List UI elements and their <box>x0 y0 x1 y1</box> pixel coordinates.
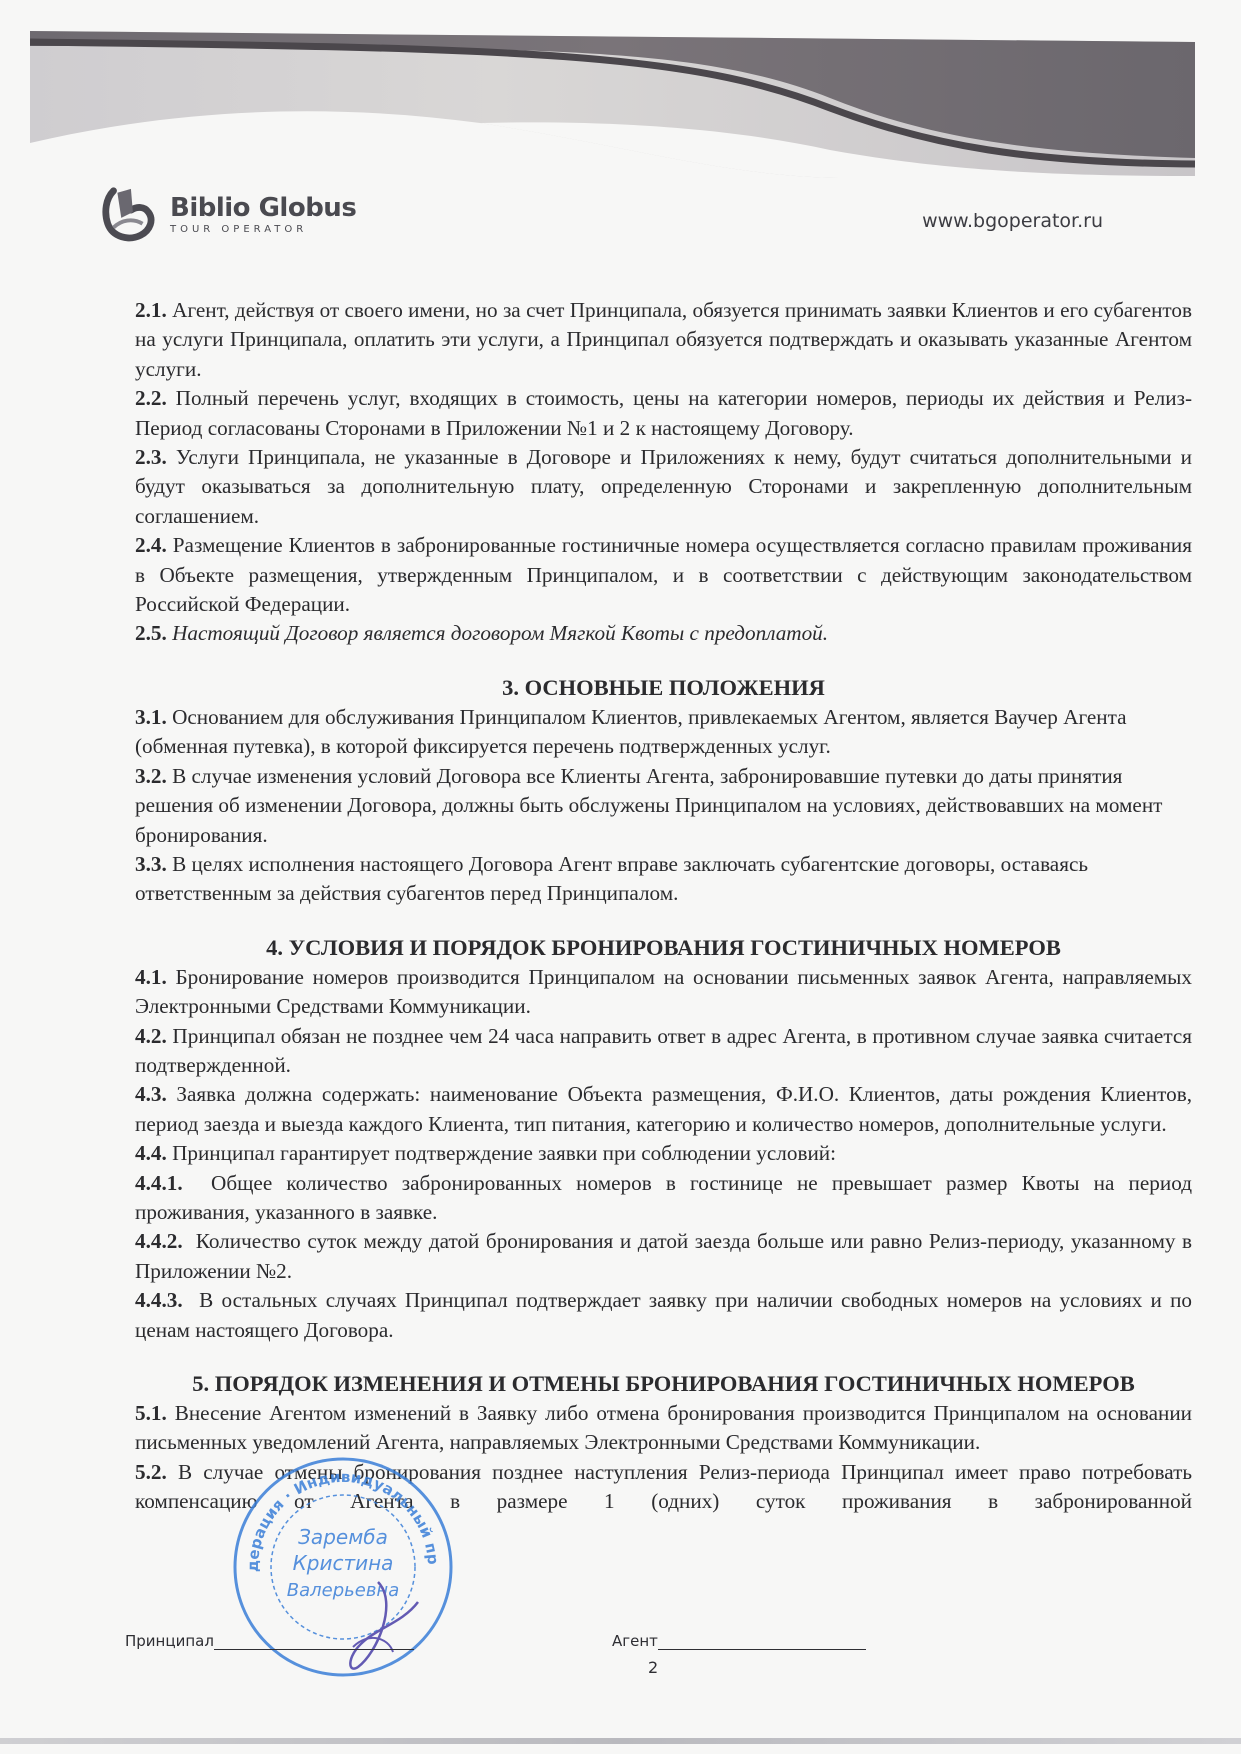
biblio-globus-logo-icon <box>100 185 158 243</box>
page-number: 2 <box>648 1658 658 1677</box>
clause-4-2: 4.2. Принципал обязан не позднее чем 24 … <box>135 1022 1192 1081</box>
clause-3-1: 3.1. Основанием для обслуживания Принцип… <box>135 703 1192 762</box>
section-4: 4. УСЛОВИЯ И ПОРЯДОК БРОНИРОВАНИЯ ГОСТИН… <box>135 933 1192 1345</box>
website-url: www.bgoperator.ru <box>922 210 1103 232</box>
clause-4-4-1: 4.4.1. Общее количество забронированных … <box>135 1169 1192 1228</box>
clause-2-5: 2.5. Настоящий Договор является договоро… <box>135 619 1192 648</box>
svg-text:Заремба: Заремба <box>298 1525 388 1549</box>
agent-signature: Агент <box>612 1632 866 1650</box>
clause-4-4-2: 4.4.2. Количество суток между датой брон… <box>135 1227 1192 1286</box>
clause-4-1: 4.1. Бронирование номеров производится П… <box>135 963 1192 1022</box>
principal-signature: Принципал <box>125 1632 414 1650</box>
section-5-title: 5. ПОРЯДОК ИЗМЕНЕНИЯ И ОТМЕНЫ БРОНИРОВАН… <box>135 1369 1192 1399</box>
clause-2-4: 2.4. Размещение Клиентов в забронированн… <box>135 531 1192 619</box>
clause-5-1: 5.1. Внесение Агентом изменений в Заявку… <box>135 1399 1192 1458</box>
section-3-title: 3. ОСНОВНЫЕ ПОЛОЖЕНИЯ <box>135 673 1192 703</box>
principal-signature-line <box>214 1649 414 1650</box>
clause-3-2: 3.2. В случае изменения условий Договора… <box>135 762 1192 850</box>
clause-2-3: 2.3. Услуги Принципала, не указанные в Д… <box>135 443 1192 531</box>
section-2: 2.1. Агент, действуя от своего имени, но… <box>135 296 1192 649</box>
clause-4-4-3: 4.4.3. В остальных случаях Принципал под… <box>135 1286 1192 1345</box>
section-3: 3. ОСНОВНЫЕ ПОЛОЖЕНИЯ 3.1. Основанием дл… <box>135 673 1192 909</box>
clause-2-2: 2.2. Полный перечень услуг, входящих в с… <box>135 384 1192 443</box>
clause-3-3: 3.3. В целях исполнения настоящего Догов… <box>135 850 1192 909</box>
header-wave-banner <box>30 28 1220 178</box>
contract-body: 2.1. Агент, действуя от своего имени, но… <box>135 296 1192 1517</box>
clause-2-1: 2.1. Агент, действуя от своего имени, но… <box>135 296 1192 384</box>
clause-4-4: 4.4. Принципал гарантирует подтверждение… <box>135 1139 1192 1168</box>
clause-4-3: 4.3. Заявка должна содержать: наименован… <box>135 1080 1192 1139</box>
scan-edge <box>0 1738 1241 1744</box>
brand-logo: Biblio Globus TOUR OPERATOR <box>100 185 356 243</box>
brand-subtitle: TOUR OPERATOR <box>170 224 356 235</box>
brand-title: Biblio Globus <box>170 194 356 222</box>
svg-text:Кристина: Кристина <box>293 1551 394 1575</box>
section-4-title: 4. УСЛОВИЯ И ПОРЯДОК БРОНИРОВАНИЯ ГОСТИН… <box>135 933 1192 963</box>
agent-signature-line <box>658 1649 866 1650</box>
